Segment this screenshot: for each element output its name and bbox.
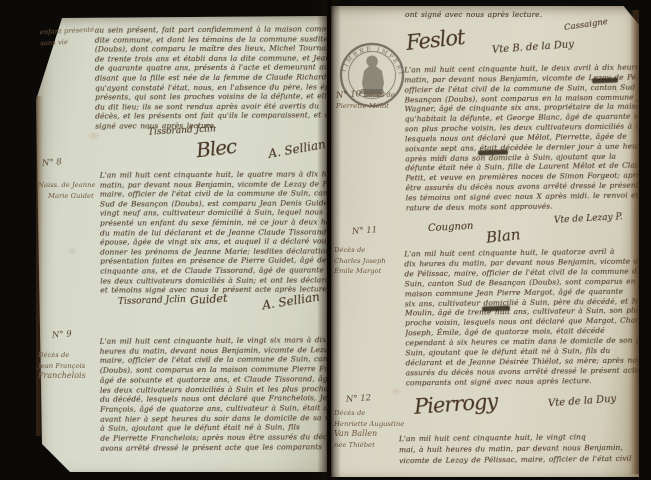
struck-word (482, 306, 510, 312)
handwriting-line: ont signé avec nous après lecture. (405, 10, 595, 20)
margin-note-line: Van Ballen (334, 429, 404, 440)
act-number-8: N° 8 (42, 157, 62, 169)
flourish-signature-blan: Blan (485, 225, 521, 247)
margin-note-11: N° 11 (352, 226, 377, 237)
act-9-closing-fragment: ont signé avec nous après lecture. (405, 10, 595, 20)
margin-note-line: née Thiébet (334, 440, 404, 451)
handwriting-line: avons arrêté dressé le présent acte que … (100, 442, 330, 453)
margin-note-line: Décès de (38, 350, 86, 361)
margin-note-line: Décès de (334, 408, 404, 419)
margin-note-9-text: Décès de Jean François Franchelois (38, 350, 86, 382)
act-number-12: N° 12 (346, 393, 372, 405)
margin-note-stillborn: enfant présenté sans vie (39, 25, 95, 49)
margin-note-line: Henriette Augustine (334, 419, 404, 430)
margin-note-line: Décès de (334, 245, 386, 256)
margin-note-12-text: Décès de Henriette Augustine Van Ballen … (334, 408, 404, 450)
act-number-9: N° 9 (52, 329, 72, 341)
margin-note-8: N° 8 (42, 158, 62, 169)
margin-note-line: Naiss. de Jeanne (38, 180, 96, 191)
act-10-death-melot: L'an mil huit cent cinquante huit, le de… (404, 63, 639, 213)
margin-note-8-text: Naiss. de Jeanne Marie Guidet (38, 180, 96, 201)
margin-note-line: Charles Joseph (334, 256, 386, 267)
act-number-11: N° 11 (352, 225, 378, 237)
margin-note-10: N° 10 Décès de Pierrette Mêlot (336, 90, 395, 111)
margin-note-line: Émile Margot (334, 266, 386, 277)
margin-note-11-text: Décès de Charles Joseph Émile Margot (334, 245, 386, 277)
margin-note-line: Décès de (363, 91, 394, 99)
margin-note-line: Jean François (38, 361, 86, 372)
act-9-death-franchelois: L'an mil huit cent cinquante huit, le vi… (100, 335, 331, 453)
struck-word (592, 78, 618, 84)
act-7-continuation: au sein présent, fait part confidemment … (95, 24, 328, 131)
margin-note-9: N° 9 (52, 330, 72, 341)
flourish-signature-blec: Blec (195, 134, 238, 163)
margin-note-12: N° 12 (346, 394, 371, 405)
act-11-death-margot: L'an mil huit cent cinquante huit, le qu… (404, 247, 639, 389)
signature-guidet: Guidet (190, 292, 228, 308)
margin-note-line: Marie Guidet (38, 191, 96, 202)
act-8-birth-guidet: L'an mil huit cent cinquante huit, le qu… (100, 169, 329, 295)
scan-viewport: enfant présenté sans vie au sein présent… (0, 0, 651, 480)
margin-note-line: Franchelois (38, 371, 86, 382)
margin-note-line: Pierrette Mêlot (336, 101, 395, 112)
struck-word (478, 149, 508, 155)
act-12-opening: L'an mil huit cent cinquante huit, le vi… (399, 431, 639, 467)
act-number-10: N° 10 (336, 89, 362, 101)
